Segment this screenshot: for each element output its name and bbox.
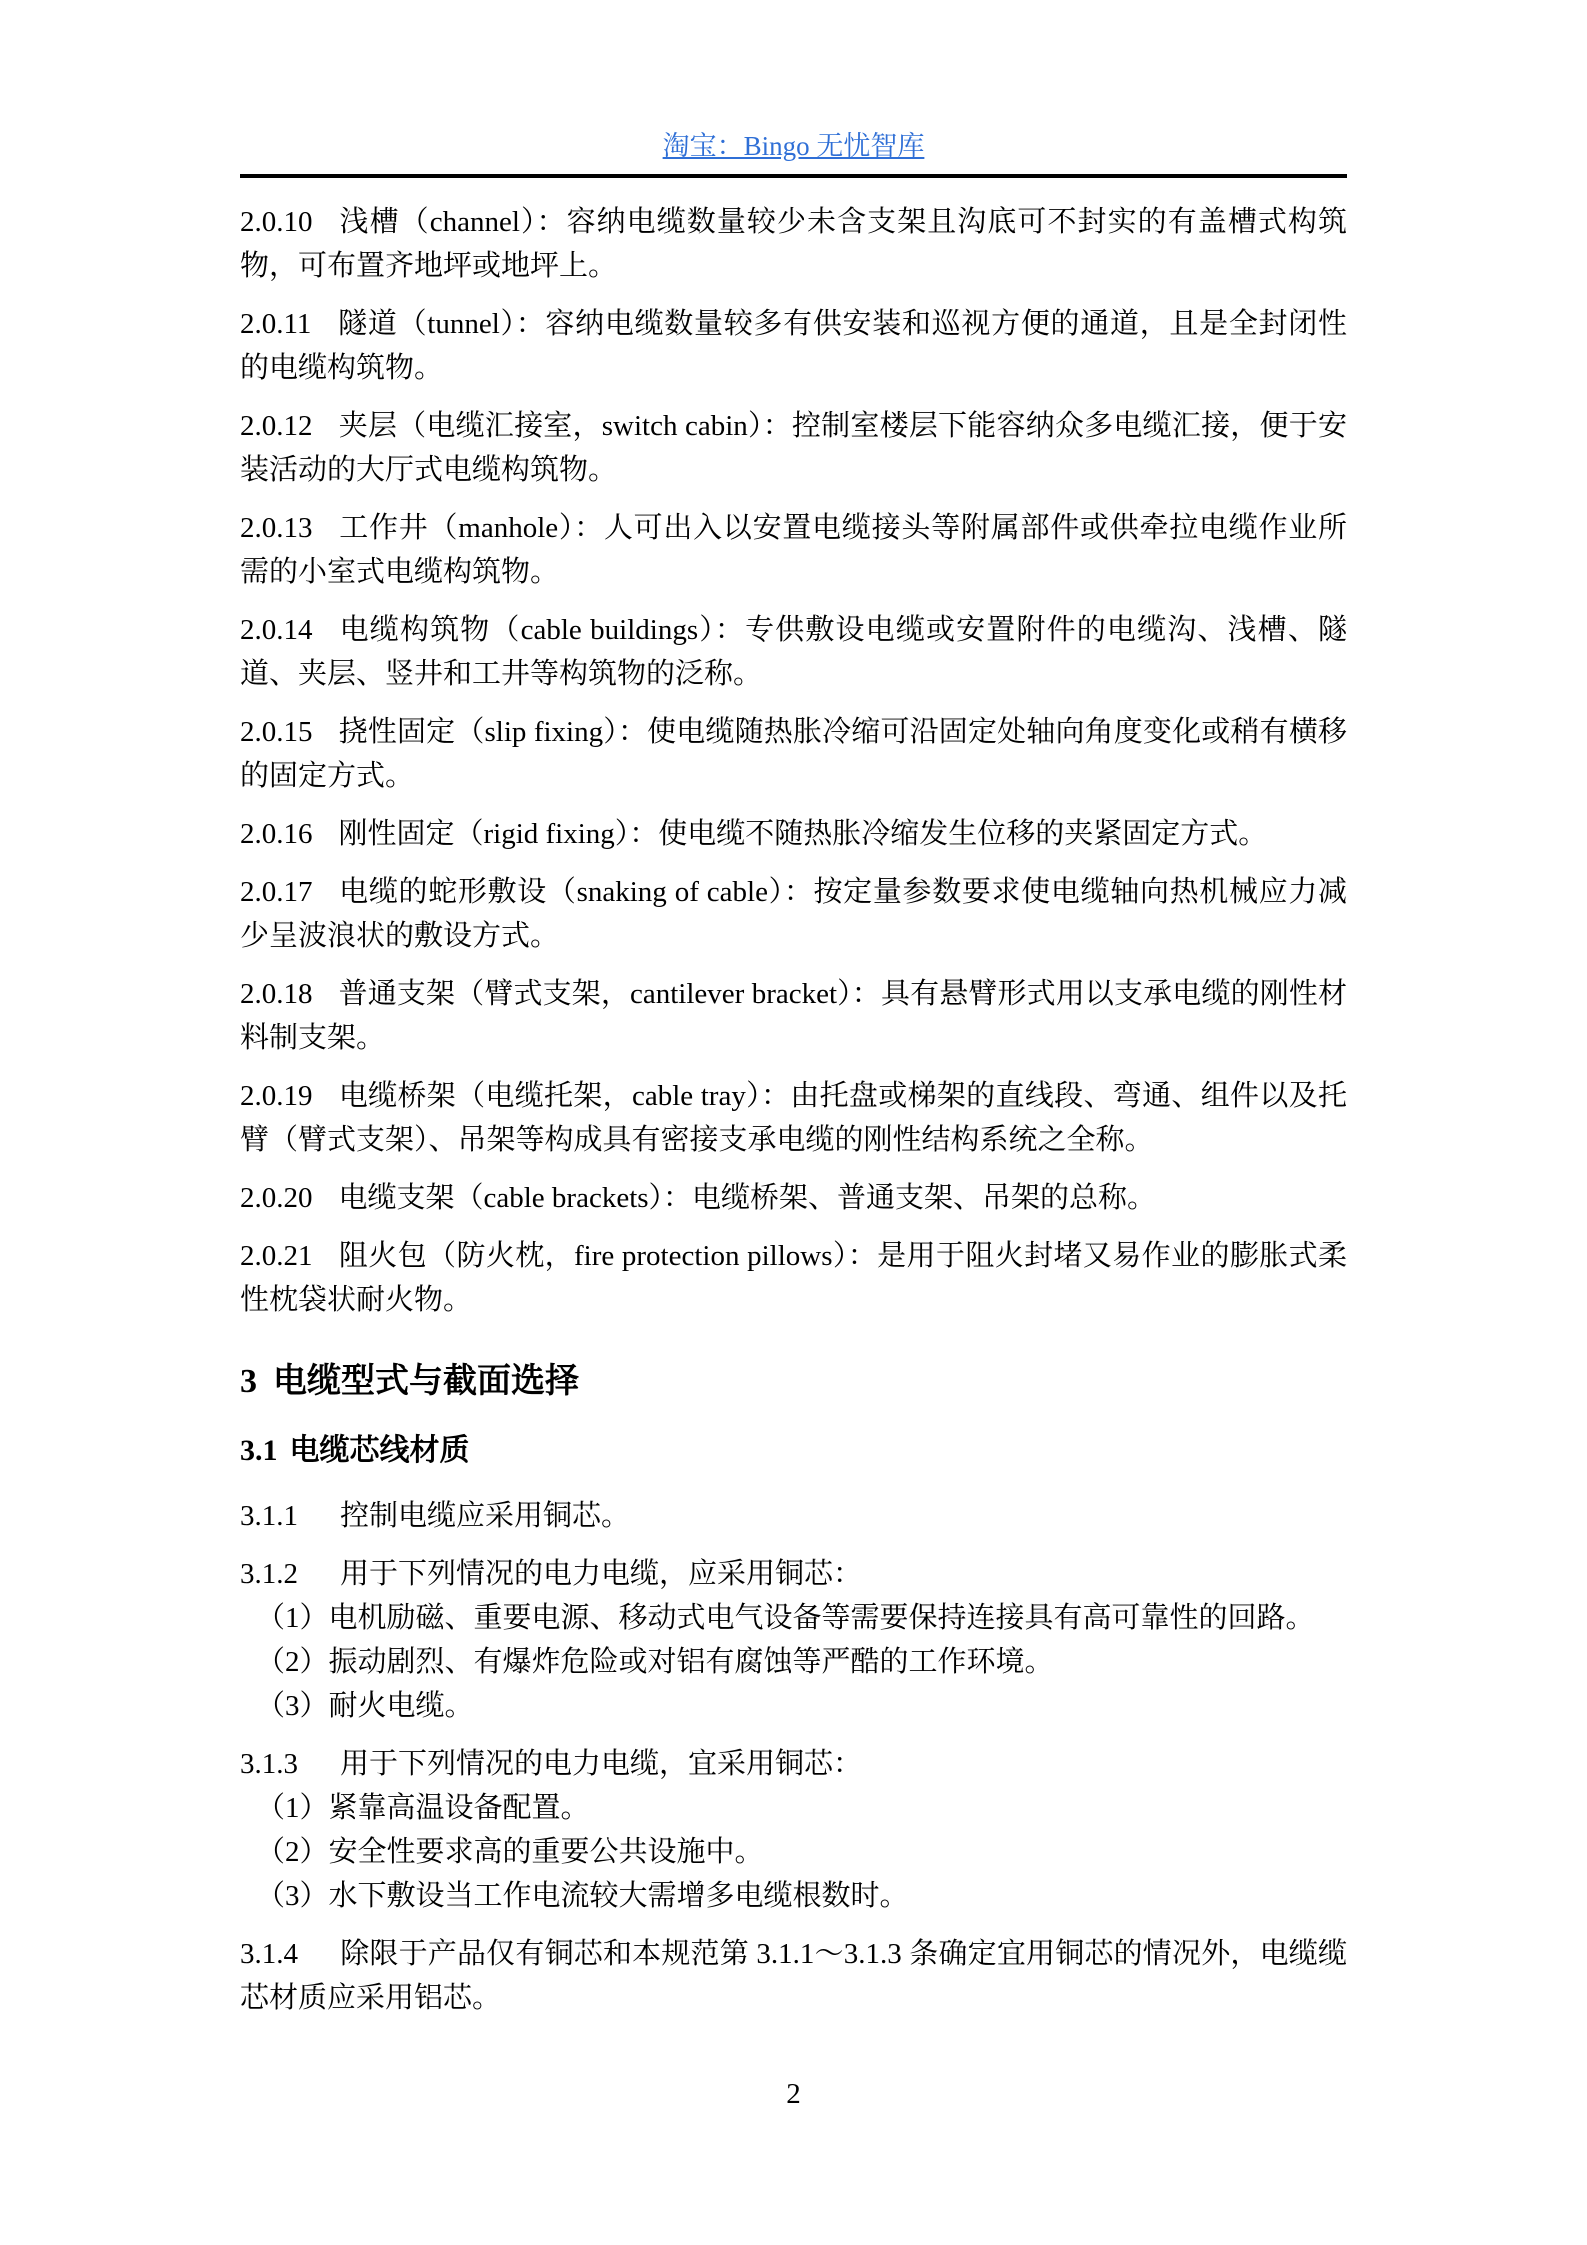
clause-text: 夹层（电缆汇接室，switch cabin）：控制室楼层下能容纳众多电缆汇接，便… xyxy=(240,410,1347,486)
definition-paragraph: 2.0.21阻火包（防火枕，fire protection pillows）：是… xyxy=(240,1234,1347,1322)
definition-paragraph: 2.0.16刚性固定（rigid fixing）：使电缆不随热胀冷缩发生位移的夹… xyxy=(240,812,1347,856)
clause-number: 2.0.13 xyxy=(240,512,339,544)
clause-number: 2.0.14 xyxy=(240,614,339,646)
page-number: 2 xyxy=(0,2078,1587,2111)
clause-number: 2.0.15 xyxy=(240,716,339,748)
clause-number: 2.0.18 xyxy=(240,978,339,1010)
clause-number: 2.0.12 xyxy=(240,410,339,442)
subsection-heading: 3.1电缆芯线材质 xyxy=(240,1428,1347,1474)
clause-text: 工作井（manhole）：人可出入以安置电缆接头等附属部件或供牵拉电缆作业所需的… xyxy=(240,512,1347,588)
clause-text: 电缆构筑物（cable buildings）：专供敷设电缆或安置附件的电缆沟、浅… xyxy=(240,614,1347,690)
clause-number: 3.1.4 xyxy=(240,1938,340,1970)
definition-paragraph: 2.0.19电缆桥架（电缆托架，cable tray）：由托盘或梯架的直线段、弯… xyxy=(240,1074,1347,1162)
clause-group: 3.1.3用于下列情况的电力电缆，宜采用铜芯： （1）紧靠高温设备配置。 （2）… xyxy=(240,1742,1347,1918)
content-column: 淘宝：Bingo 无忧智库 2.0.10浅槽（channel）：容纳电缆数量较少… xyxy=(240,128,1347,2034)
definition-paragraph: 2.0.12夹层（电缆汇接室，switch cabin）：控制室楼层下能容纳众多… xyxy=(240,404,1347,492)
clause-subitem: （2）振动剧烈、有爆炸危险或对铝有腐蚀等严酷的工作环境。 xyxy=(240,1640,1347,1684)
clause-text: 电缆桥架（电缆托架，cable tray）：由托盘或梯架的直线段、弯通、组件以及… xyxy=(240,1080,1347,1156)
definition-paragraph: 2.0.18普通支架（臂式支架，cantilever bracket）：具有悬臂… xyxy=(240,972,1347,1060)
clause-text: 刚性固定（rigid fixing）：使电缆不随热胀冷缩发生位移的夹紧固定方式。 xyxy=(339,818,1268,850)
header-link[interactable]: 淘宝：Bingo 无忧智库 xyxy=(663,131,925,161)
clause-text: 控制电缆应采用铜芯。 xyxy=(340,1500,630,1532)
document-page: 淘宝：Bingo 无忧智库 2.0.10浅槽（channel）：容纳电缆数量较少… xyxy=(0,0,1587,2245)
clause-text: 普通支架（臂式支架，cantilever bracket）：具有悬臂形式用以支承… xyxy=(240,978,1347,1054)
clause-paragraph: 3.1.2用于下列情况的电力电缆，应采用铜芯： xyxy=(240,1552,1347,1596)
subsection-number: 3.1 xyxy=(240,1434,290,1467)
clause-subitem: （1）紧靠高温设备配置。 xyxy=(240,1786,1347,1830)
clause-subitem: （1）电机励磁、重要电源、移动式电气设备等需要保持连接具有高可靠性的回路。 xyxy=(240,1596,1347,1640)
subsection-title: 电缆芯线材质 xyxy=(290,1434,470,1467)
clause-number: 3.1.2 xyxy=(240,1558,340,1590)
clause-subitem: （2）安全性要求高的重要公共设施中。 xyxy=(240,1830,1347,1874)
definition-paragraph: 2.0.17电缆的蛇形敷设（snaking of cable）：按定量参数要求使… xyxy=(240,870,1347,958)
clause-text: 阻火包（防火枕，fire protection pillows）：是用于阻火封堵… xyxy=(240,1240,1347,1316)
clause-number: 2.0.10 xyxy=(240,206,339,238)
clause-paragraph: 3.1.1控制电缆应采用铜芯。 xyxy=(240,1494,1347,1538)
clause-number: 2.0.16 xyxy=(240,818,339,850)
clause-subitem: （3）耐火电缆。 xyxy=(240,1684,1347,1728)
clause-number: 3.1.3 xyxy=(240,1748,340,1780)
clause-number: 2.0.20 xyxy=(240,1182,339,1214)
definition-paragraph: 2.0.14电缆构筑物（cable buildings）：专供敷设电缆或安置附件… xyxy=(240,608,1347,696)
clause-text: 浅槽（channel）：容纳电缆数量较少未含支架且沟底可不封实的有盖槽式构筑物，… xyxy=(240,206,1347,282)
section-title: 电缆型式与截面选择 xyxy=(273,1363,579,1400)
clause-number: 2.0.17 xyxy=(240,876,339,908)
section-number: 3 xyxy=(240,1363,273,1400)
clause-number: 2.0.19 xyxy=(240,1080,339,1112)
clause-text: 挠性固定（slip fixing）：使电缆随热胀冷缩可沿固定处轴向角度变化或稍有… xyxy=(240,716,1347,792)
clause-number: 2.0.21 xyxy=(240,1240,339,1272)
definition-paragraph: 2.0.13工作井（manhole）：人可出入以安置电缆接头等附属部件或供牵拉电… xyxy=(240,506,1347,594)
clause-paragraph: 3.1.4除限于产品仅有铜芯和本规范第 3.1.1～3.1.3 条确定宜用铜芯的… xyxy=(240,1932,1347,2020)
clause-text: 用于下列情况的电力电缆，宜采用铜芯： xyxy=(340,1748,862,1780)
clause-text: 隧道（tunnel）：容纳电缆数量较多有供安装和巡视方便的通道，且是全封闭性的电… xyxy=(240,308,1347,384)
page-header: 淘宝：Bingo 无忧智库 xyxy=(240,128,1347,178)
section-heading: 3电缆型式与截面选择 xyxy=(240,1356,1347,1408)
definition-paragraph: 2.0.11隧道（tunnel）：容纳电缆数量较多有供安装和巡视方便的通道，且是… xyxy=(240,302,1347,390)
definition-paragraph: 2.0.20电缆支架（cable brackets）：电缆桥架、普通支架、吊架的… xyxy=(240,1176,1347,1220)
clause-text: 用于下列情况的电力电缆，应采用铜芯： xyxy=(340,1558,862,1590)
clause-text: 电缆支架（cable brackets）：电缆桥架、普通支架、吊架的总称。 xyxy=(339,1182,1157,1214)
definition-paragraph: 2.0.15挠性固定（slip fixing）：使电缆随热胀冷缩可沿固定处轴向角… xyxy=(240,710,1347,798)
clause-text: 电缆的蛇形敷设（snaking of cable）：按定量参数要求使电缆轴向热机… xyxy=(240,876,1347,952)
document-body: 2.0.10浅槽（channel）：容纳电缆数量较少未含支架且沟底可不封实的有盖… xyxy=(240,200,1347,2020)
clause-text: 除限于产品仅有铜芯和本规范第 3.1.1～3.1.3 条确定宜用铜芯的情况外，电… xyxy=(240,1938,1347,2014)
clause-group: 3.1.2用于下列情况的电力电缆，应采用铜芯： （1）电机励磁、重要电源、移动式… xyxy=(240,1552,1347,1728)
definition-paragraph: 2.0.10浅槽（channel）：容纳电缆数量较少未含支架且沟底可不封实的有盖… xyxy=(240,200,1347,288)
clause-subitem: （3）水下敷设当工作电流较大需增多电缆根数时。 xyxy=(240,1874,1347,1918)
clause-number: 3.1.1 xyxy=(240,1500,340,1532)
clause-paragraph: 3.1.3用于下列情况的电力电缆，宜采用铜芯： xyxy=(240,1742,1347,1786)
clause-number: 2.0.11 xyxy=(240,308,337,340)
